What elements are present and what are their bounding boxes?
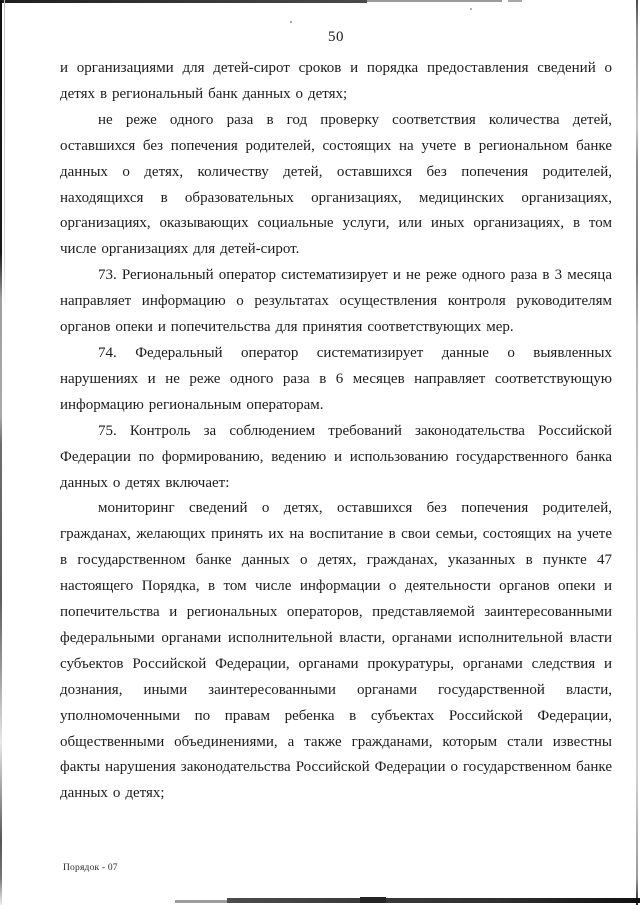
scan-artifact-top-bar-dark — [0, 0, 367, 3]
scan-artifact-bottom-bar-dark — [227, 898, 640, 903]
scan-artifact-left-border — [0, 0, 2, 905]
scan-artifact-top-bar-tick — [508, 0, 522, 2]
scan-artifact-bottom-bar-notch — [360, 897, 386, 903]
paragraph: не реже одного раза в год проверку соотв… — [60, 108, 612, 263]
paragraph: 75. Контроль за соблюдением требований з… — [60, 419, 612, 497]
scan-artifact-top-bar — [0, 0, 640, 3]
scan-artifact-top-bar-gray — [367, 0, 502, 2]
scan-speck — [470, 8, 472, 10]
scan-artifact-right-line — [636, 0, 638, 905]
document-body: и организациями для детей-сирот сроков и… — [60, 56, 612, 807]
paragraph: 74. Федеральный оператор систематизирует… — [60, 341, 612, 419]
scan-speck — [290, 21, 292, 23]
footer-document-code: Порядок - 07 — [63, 863, 118, 873]
page-number: 50 — [60, 29, 612, 46]
paragraph: 73. Региональный оператор систематизируе… — [60, 263, 612, 341]
scan-artifact-left-inner-line — [4, 0, 5, 310]
paragraph: мониторинг сведений о детях, оставшихся … — [60, 496, 612, 807]
paragraph: и организациями для детей-сирот сроков и… — [60, 56, 612, 108]
scanned-document-page: 50 и организациями для детей-сирот сроко… — [0, 0, 640, 905]
scan-artifact-bottom-bar-light — [175, 900, 227, 903]
